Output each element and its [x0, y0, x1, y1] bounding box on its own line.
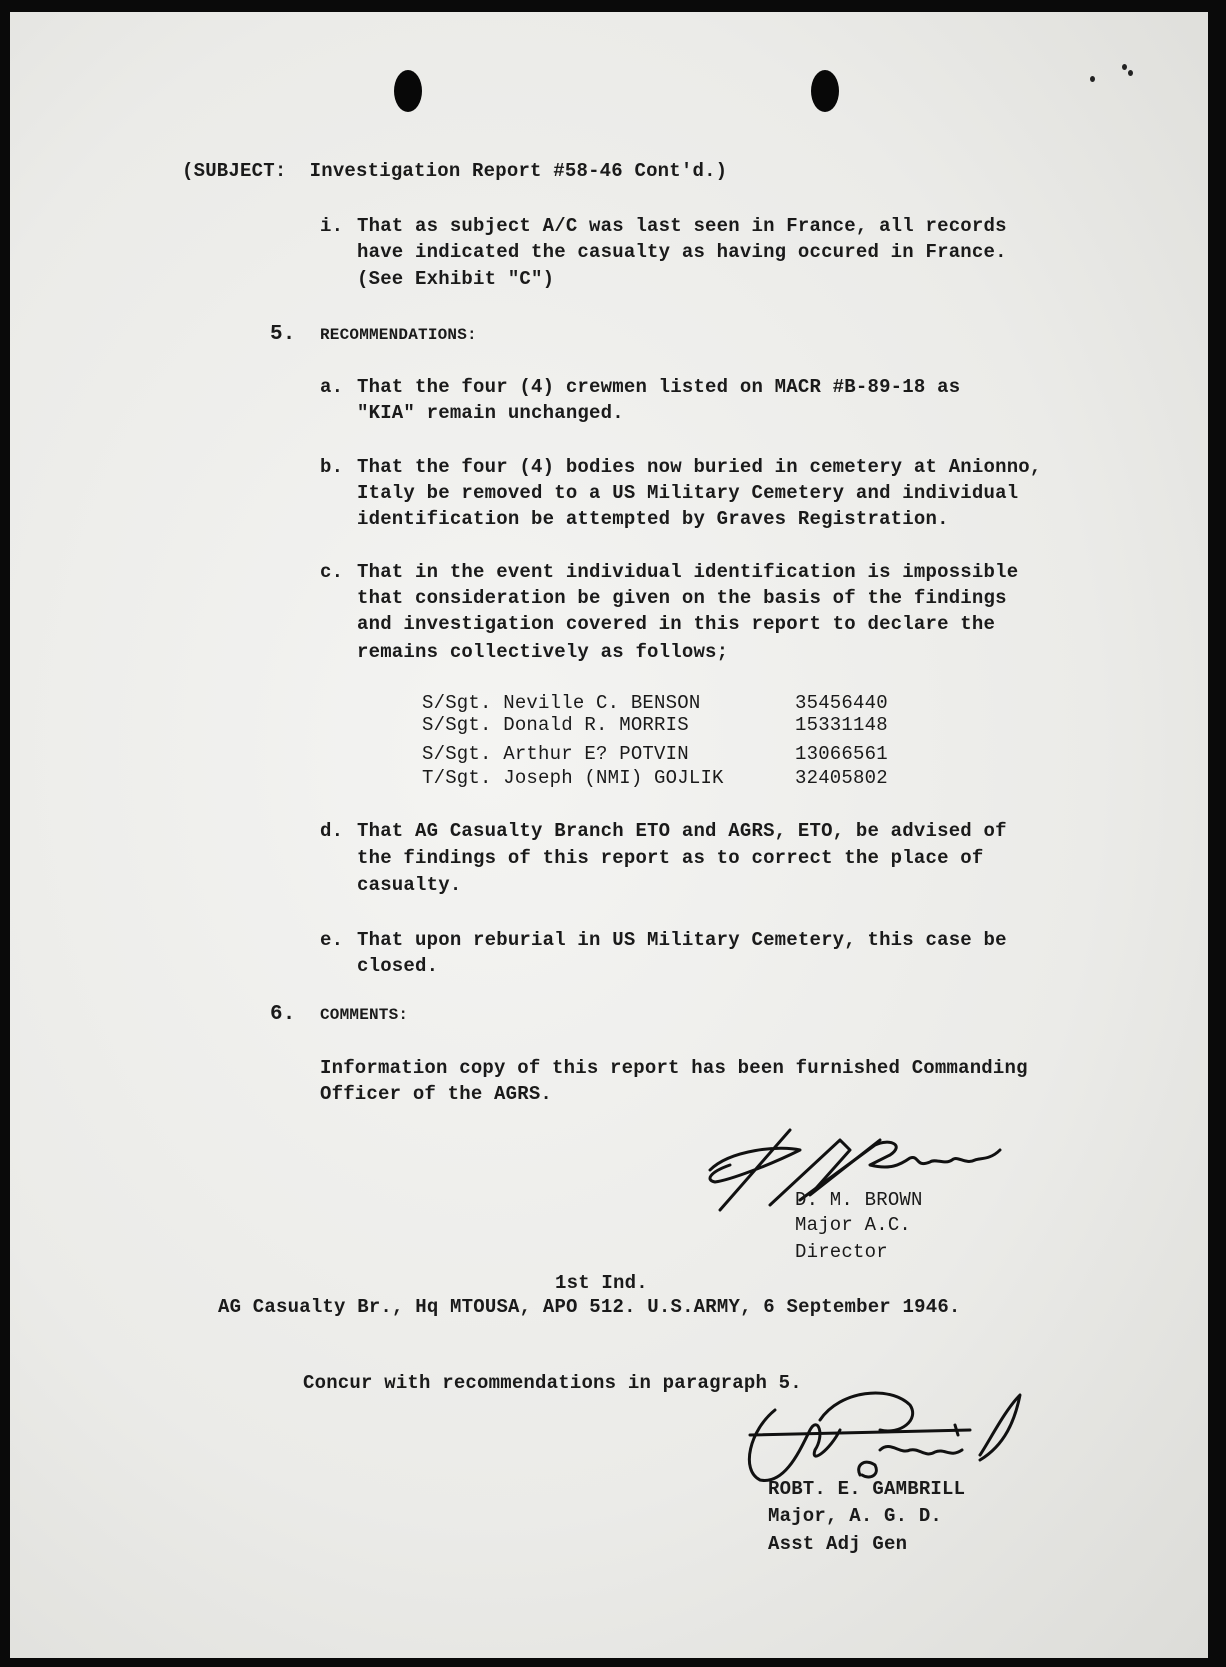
- item-c-line: and investigation covered in this report…: [357, 611, 995, 637]
- endorsement-heading: 1st Ind.: [555, 1270, 648, 1296]
- item-b-line: Italy be removed to a US Military Cemete…: [357, 480, 1018, 506]
- item-b-line: identification be attempted by Graves Re…: [357, 506, 949, 532]
- item-d-line: casualty.: [357, 872, 461, 898]
- signer-2-rank: Major, A. G. D.: [768, 1503, 942, 1529]
- item-c-line: that consideration be given on the basis…: [357, 585, 1007, 611]
- speck: [1128, 70, 1133, 76]
- section-6-number: 6.: [270, 1002, 296, 1028]
- speck: [1122, 64, 1127, 70]
- item-b-line: That the four (4) bodies now buried in c…: [357, 454, 1042, 480]
- comments-line: Officer of the AGRS.: [320, 1081, 552, 1107]
- crew-serial: 32405802: [795, 765, 888, 791]
- punch-hole-right: [811, 70, 839, 112]
- punch-hole-left: [394, 70, 422, 112]
- signer-1-title: Director: [795, 1239, 888, 1265]
- item-d-marker: d.: [320, 818, 343, 844]
- endorsement-body: Concur with recommendations in paragraph…: [303, 1370, 802, 1396]
- item-a-line: That the four (4) crewmen listed on MACR…: [357, 374, 960, 400]
- crew-serial: 15331148: [795, 712, 888, 738]
- item-a-line: "KIA" remain unchanged.: [357, 400, 624, 426]
- signer-1-rank: Major A.C.: [795, 1212, 911, 1238]
- crew-name: S/Sgt. Arthur E? POTVIN: [422, 741, 689, 767]
- section-5-heading: RECOMMENDATIONS:: [320, 322, 477, 348]
- item-e-line: closed.: [357, 953, 438, 979]
- subject-line: (SUBJECT: Investigation Report #58-46 Co…: [182, 158, 727, 184]
- item-c-line: That in the event individual identificat…: [357, 559, 1018, 585]
- para-4i-line: have indicated the casualty as having oc…: [357, 239, 1007, 265]
- section-5-number: 5.: [270, 322, 296, 348]
- item-a-marker: a.: [320, 374, 343, 400]
- speck: [1090, 76, 1095, 82]
- crew-serial: 13066561: [795, 741, 888, 767]
- signer-2-name: ROBT. E. GAMBRILL: [768, 1476, 965, 1502]
- signature-gambrill: [730, 1380, 1060, 1490]
- section-6-heading: COMMENTS:: [320, 1002, 408, 1028]
- comments-line: Information copy of this report has been…: [320, 1055, 1028, 1081]
- item-d-line: That AG Casualty Branch ETO and AGRS, ET…: [357, 818, 1007, 844]
- para-4i-line: That as subject A/C was last seen in Fra…: [357, 213, 1007, 239]
- item-e-line: That upon reburial in US Military Cemete…: [357, 927, 1007, 953]
- item-c-line: remains collectively as follows;: [357, 639, 728, 665]
- crew-name: T/Sgt. Joseph (NMI) GOJLIK: [422, 765, 724, 791]
- item-e-marker: e.: [320, 927, 343, 953]
- crew-name: S/Sgt. Donald R. MORRIS: [422, 712, 689, 738]
- item-c-marker: c.: [320, 559, 343, 585]
- item-d-line: the findings of this report as to correc…: [357, 845, 984, 871]
- signer-1-name: D. M. BROWN: [795, 1187, 923, 1213]
- para-4i-marker: i.: [320, 213, 343, 239]
- signer-2-title: Asst Adj Gen: [768, 1531, 907, 1557]
- para-4i-line: (See Exhibit "C"): [357, 266, 554, 292]
- item-b-marker: b.: [320, 454, 343, 480]
- endorsement-line: AG Casualty Br., Hq MTOUSA, APO 512. U.S…: [218, 1294, 961, 1320]
